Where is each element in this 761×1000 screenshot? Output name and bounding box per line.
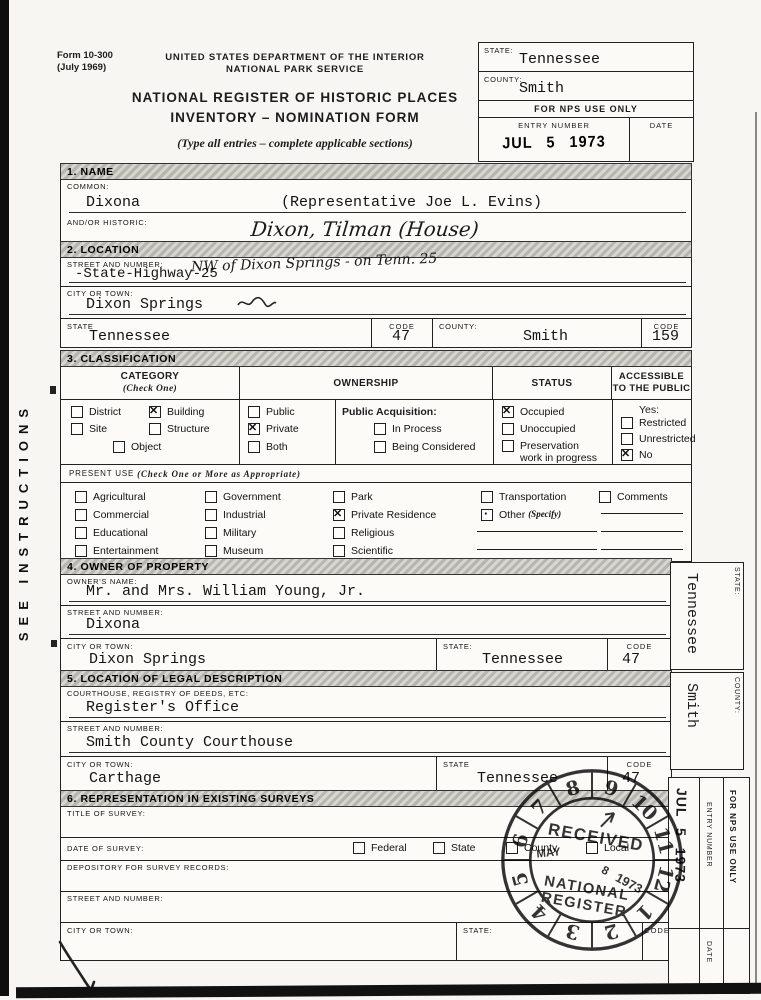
entry-number-stamp: JUL 5 1973 <box>479 133 629 153</box>
code-value: 47 <box>622 651 640 668</box>
checkbox-item-restricted: Restricted <box>621 417 686 429</box>
legal-street-row: STREET AND NUMBER: Smith County Courthou… <box>61 721 671 756</box>
checkbox[interactable] <box>71 423 83 435</box>
scan-speck <box>50 386 56 394</box>
yes-label: Yes: <box>639 404 659 416</box>
state-label: STATE: <box>484 46 513 55</box>
county-label: COUNTY: <box>484 75 522 84</box>
state-cell: STATE Tennessee <box>61 319 371 347</box>
nps-entry-date: ENTRY NUMBER JUL 5 1973 DATE <box>479 118 693 162</box>
accessible-heading: ACCESSIBLE TO THE PUBLIC <box>611 367 691 399</box>
checkbox[interactable] <box>621 449 633 461</box>
entry-number-label: ENTRY NUMBER <box>479 121 629 130</box>
checkbox-item-comments: Comments <box>599 491 668 503</box>
city-value: Dixon Springs <box>89 651 206 668</box>
department-heading: UNITED STATES DEPARTMENT OF THE INTERIOR… <box>120 52 470 77</box>
county-cell: COUNTY: Smith <box>432 319 641 347</box>
checkbox[interactable] <box>481 509 493 521</box>
nps-use-only-banner: FOR NPS USE ONLY <box>728 790 737 884</box>
street-label: STREET AND NUMBER: <box>67 724 163 733</box>
courthouse-row: COURTHOUSE, REGISTRY OF DEEDS, ETC: Regi… <box>61 687 671 721</box>
field-line <box>69 634 666 635</box>
field-line <box>69 601 666 602</box>
nps-use-box: STATE: Tennessee COUNTY: Smith FOR NPS U… <box>478 42 694 162</box>
county-code-cell: CODE 159 <box>641 319 691 347</box>
city-value: Carthage <box>89 770 161 787</box>
state-label: STATE: <box>733 567 740 595</box>
checkbox[interactable] <box>333 527 345 539</box>
owner-name-value: Mr. and Mrs. William Young, Jr. <box>86 583 365 600</box>
date-label: DATE <box>630 121 693 130</box>
state-code-value: 47 <box>392 328 410 345</box>
checkbox[interactable] <box>502 440 514 452</box>
common-name-row: COMMON: Dixona (Representative Joe L. Ev… <box>61 180 691 216</box>
state-cell: STATE: Tennessee <box>436 639 607 671</box>
checkbox[interactable] <box>502 423 514 435</box>
checkbox[interactable] <box>75 527 87 539</box>
city-label: CITY OR TOWN: <box>67 760 133 769</box>
checkbox[interactable] <box>248 406 260 418</box>
svg-text:2: 2 <box>602 919 621 945</box>
city-label: CITY OR TOWN: <box>67 642 133 651</box>
field-line <box>69 282 686 283</box>
scan-edge-right <box>755 112 757 988</box>
sidebar-county-box: COUNTY: Smith <box>670 672 744 770</box>
field-line <box>69 212 686 213</box>
checkbox-item-military: Military <box>205 527 256 539</box>
checkbox[interactable] <box>333 509 345 521</box>
checkbox-item-being-considered: Being Considered <box>374 441 475 453</box>
checkbox-item-scientific: Scientific <box>333 545 393 557</box>
checkbox[interactable] <box>353 842 365 854</box>
survey-date-label: DATE OF SURVEY: <box>67 844 144 853</box>
checkbox-item-unoccupied: Unoccupied <box>502 423 575 435</box>
city-cell: CITY OR TOWN: Dixon Springs <box>61 639 436 671</box>
checkbox[interactable] <box>71 406 83 418</box>
svg-text:8: 8 <box>563 776 582 802</box>
category-cell: District Building Site Structure Object <box>61 400 239 464</box>
svg-text:MAY: MAY <box>536 846 562 860</box>
checkbox[interactable] <box>374 441 386 453</box>
state-label: STATE: <box>443 642 472 651</box>
classification-checkboxes: District Building Site Structure Object … <box>61 400 691 464</box>
section-3-classification: 3. CLASSIFICATION CATEGORY (Check One) O… <box>60 350 692 562</box>
entry-number-cell: ENTRY NUMBER JUL 5 1973 <box>479 118 630 162</box>
checkbox-item-state: State <box>433 842 476 854</box>
type-instructions: (Type all entries – complete applicable … <box>90 136 500 151</box>
ownership-cell: Public Private Both <box>239 400 335 464</box>
checkbox[interactable] <box>621 433 633 445</box>
city-row: CITY OR TOWN: Dixon Springs <box>61 286 691 318</box>
county-label: COUNTY: <box>733 677 740 714</box>
checkbox[interactable] <box>75 509 87 521</box>
courthouse-value: Register's Office <box>86 699 239 716</box>
svg-text:3: 3 <box>563 919 582 945</box>
street-label: STREET AND NUMBER: <box>67 894 163 903</box>
checkbox-item-building: Building <box>149 406 204 418</box>
checkbox[interactable] <box>248 441 260 453</box>
sidebar-state-box: STATE: Tennessee <box>670 562 744 670</box>
section-1-header: 1. NAME <box>60 163 692 180</box>
field-line <box>69 752 666 753</box>
checkbox-item-object: Object <box>113 441 161 453</box>
stamp-arrow-icon <box>601 811 614 828</box>
checkbox-item-preservation: Preservation work in progress <box>502 440 604 464</box>
section-5-header: 5. LOCATION OF LEGAL DESCRIPTION <box>60 670 672 687</box>
received-stamp: 1 2 3 4 5 6 7 8 9 10 11 12 RECEIVED MAY … <box>494 762 690 958</box>
state-value: Tennessee <box>683 573 700 654</box>
owner-city-row: CITY OR TOWN: Dixon Springs STATE: Tenne… <box>61 638 671 671</box>
svg-text:10: 10 <box>627 790 663 826</box>
see-instructions-vertical: SEE INSTRUCTIONS <box>16 366 31 678</box>
status-cell: Occupied Unoccupied Preservation work in… <box>493 400 612 464</box>
common-name-paren: (Representative Joe L. Evins) <box>281 194 542 211</box>
checkbox-item-federal: Federal <box>353 842 407 854</box>
present-use-heading: PRESENT USE (Check One or More as Approp… <box>61 464 691 483</box>
present-use-checkboxes: Agricultural Commercial Educational Ente… <box>61 483 691 561</box>
checkbox[interactable] <box>75 491 87 503</box>
checkbox[interactable] <box>502 406 514 418</box>
checkbox-item-unrestricted: Unrestricted <box>621 433 696 445</box>
county-code-value: 159 <box>652 328 679 345</box>
ownership-heading: OWNERSHIP <box>239 367 492 399</box>
city-cell: CITY OR TOWN: Carthage <box>61 757 436 793</box>
street-value: Smith County Courthouse <box>86 734 293 751</box>
common-label: COMMON: <box>67 182 109 191</box>
checkbox-item-in-process: In Process <box>374 423 442 435</box>
survey-title-label: TITLE OF SURVEY: <box>67 809 146 818</box>
scan-edge-bottom <box>16 983 761 999</box>
checkbox[interactable] <box>248 423 260 435</box>
blank-line <box>601 549 683 550</box>
svg-text:9: 9 <box>602 776 621 802</box>
state-value: Tennessee <box>482 651 563 668</box>
status-heading: STATUS <box>492 367 611 399</box>
nps-use-only-banner: FOR NPS USE ONLY <box>479 101 693 118</box>
street-value: Dixona <box>86 616 140 633</box>
entry-number-label: ENTRY NUMBER <box>705 802 712 867</box>
county-label: COUNTY: <box>439 322 477 331</box>
checkbox-item-public: Public <box>248 406 295 418</box>
checkbox-item-park: Park <box>333 491 373 503</box>
checkbox[interactable] <box>205 509 217 521</box>
nps-county-row: COUNTY: Smith <box>479 72 693 101</box>
checkbox[interactable] <box>205 527 217 539</box>
state-value: Tennessee <box>519 51 600 68</box>
section-4-owner: 4. OWNER OF PROPERTY OWNER'S NAME: Mr. a… <box>60 558 672 672</box>
svg-text:RECEIVED: RECEIVED <box>547 819 646 855</box>
county-value: Smith <box>683 683 700 728</box>
classification-headings: CATEGORY (Check One) OWNERSHIP STATUS AC… <box>61 367 691 400</box>
blank-line <box>477 549 597 550</box>
section-2-location: 2. LOCATION STREET AND NUMBER: NW of Dix… <box>60 241 692 348</box>
checkbox[interactable] <box>205 491 217 503</box>
scan-speck <box>51 640 57 647</box>
blank-line <box>601 513 683 514</box>
checkbox[interactable] <box>333 491 345 503</box>
checkbox-item-government: Government <box>205 491 281 503</box>
checkbox[interactable] <box>205 545 217 557</box>
accessible-cell: Yes: Restricted Unrestricted No <box>612 400 691 464</box>
checkbox-item-museum: Museum <box>205 545 263 557</box>
checkbox-item-occupied: Occupied <box>502 406 564 418</box>
svg-text:6: 6 <box>508 831 534 850</box>
scanned-nomination-form: Form 10-300 (July 1969) UNITED STATES DE… <box>0 0 761 1000</box>
state-code-cell: CODE 47 <box>371 319 432 347</box>
code-cell: CODE 47 <box>607 639 671 671</box>
state-label: STATE: <box>463 926 492 935</box>
depository-label: DEPOSITORY FOR SURVEY RECORDS: <box>67 863 229 872</box>
pen-stroke <box>52 938 104 994</box>
street-row: STREET AND NUMBER: NW of Dixon Springs -… <box>61 258 691 286</box>
checkbox-item-religious: Religious <box>333 527 394 539</box>
form-number: Form 10-300 (July 1969) <box>57 50 113 74</box>
date-label: DATE <box>705 941 712 963</box>
field-line <box>69 314 686 315</box>
blank-line <box>601 531 683 532</box>
historic-name-handwritten: Dixon, Tilman (House) <box>250 217 480 241</box>
checkbox[interactable] <box>149 406 161 418</box>
checkbox-item-both: Both <box>248 441 288 453</box>
state-county-row: STATE Tennessee CODE 47 COUNTY: Smith CO… <box>61 318 691 347</box>
svg-text:5: 5 <box>508 870 534 889</box>
owner-street-row: STREET AND NUMBER: Dixona <box>61 605 671 638</box>
checkbox[interactable] <box>599 491 611 503</box>
checkbox[interactable] <box>374 423 386 435</box>
owner-name-row: OWNER'S NAME: Mr. and Mrs. William Young… <box>61 575 671 605</box>
category-heading: CATEGORY (Check One) <box>61 367 239 399</box>
courthouse-label: COURTHOUSE, REGISTRY OF DEEDS, ETC: <box>67 689 249 698</box>
checkbox-item-no: No <box>621 449 652 461</box>
checkbox-item-commercial: Commercial <box>75 509 149 521</box>
checkbox-item-agricultural: Agricultural <box>75 491 146 503</box>
city-label: CITY OR TOWN: <box>67 926 133 935</box>
checkbox-item-private-residence: Private Residence <box>333 509 436 521</box>
blank-line <box>477 531 597 532</box>
checkbox-item-transportation: Transportation <box>481 491 566 503</box>
checkbox[interactable] <box>113 441 125 453</box>
section-3-header: 3. CLASSIFICATION <box>60 350 692 367</box>
checkbox-item-private: Private <box>248 423 299 435</box>
nps-state-row: STATE: Tennessee <box>479 43 693 72</box>
date-cell: DATE <box>630 118 693 162</box>
checkbox-item-structure: Structure <box>149 423 210 435</box>
common-name-value: Dixona <box>86 194 140 211</box>
checkbox-item-entertainment: Entertainment <box>75 545 158 557</box>
acquisition-cell: Public Acquisition: In Process Being Con… <box>335 400 493 464</box>
city-cell: CITY OR TOWN: <box>61 923 456 960</box>
section-1-name: 1. NAME COMMON: Dixona (Representative J… <box>60 163 692 243</box>
checkbox[interactable] <box>75 545 87 557</box>
handwritten-scribble <box>236 296 278 310</box>
checkbox[interactable] <box>433 842 445 854</box>
page-title: NATIONAL REGISTER OF HISTORIC PLACES INV… <box>80 88 510 127</box>
acquisition-heading: Public Acquisition: <box>342 406 437 418</box>
checkbox[interactable] <box>481 491 493 503</box>
state-value: Tennessee <box>89 328 170 345</box>
svg-text:8: 8 <box>599 864 611 879</box>
historic-label: AND/OR HISTORIC: <box>67 218 147 227</box>
checkbox[interactable] <box>149 423 161 435</box>
checkbox[interactable] <box>621 417 633 429</box>
state-label: STATE <box>443 760 470 769</box>
checkbox[interactable] <box>333 545 345 557</box>
checkbox-item-industrial: Industrial <box>205 509 266 521</box>
scan-edge-left <box>0 0 9 996</box>
code-label: CODE <box>608 642 671 651</box>
street-typed-struck: -State-Highway-25 <box>75 266 218 282</box>
checkbox-item-district: District <box>71 406 121 418</box>
section-4-header: 4. OWNER OF PROPERTY <box>60 558 672 575</box>
city-value: Dixon Springs <box>86 296 203 313</box>
county-value: Smith <box>523 328 568 345</box>
checkbox-item-site: Site <box>71 423 107 435</box>
county-value: Smith <box>519 80 564 97</box>
checkbox-item-educational: Educational <box>75 527 148 539</box>
historic-name-row: AND/OR HISTORIC: Dixon, Tilman (House) <box>61 216 691 242</box>
checkbox-item-other: Other (Specify) <box>481 509 561 521</box>
field-line <box>69 717 666 718</box>
